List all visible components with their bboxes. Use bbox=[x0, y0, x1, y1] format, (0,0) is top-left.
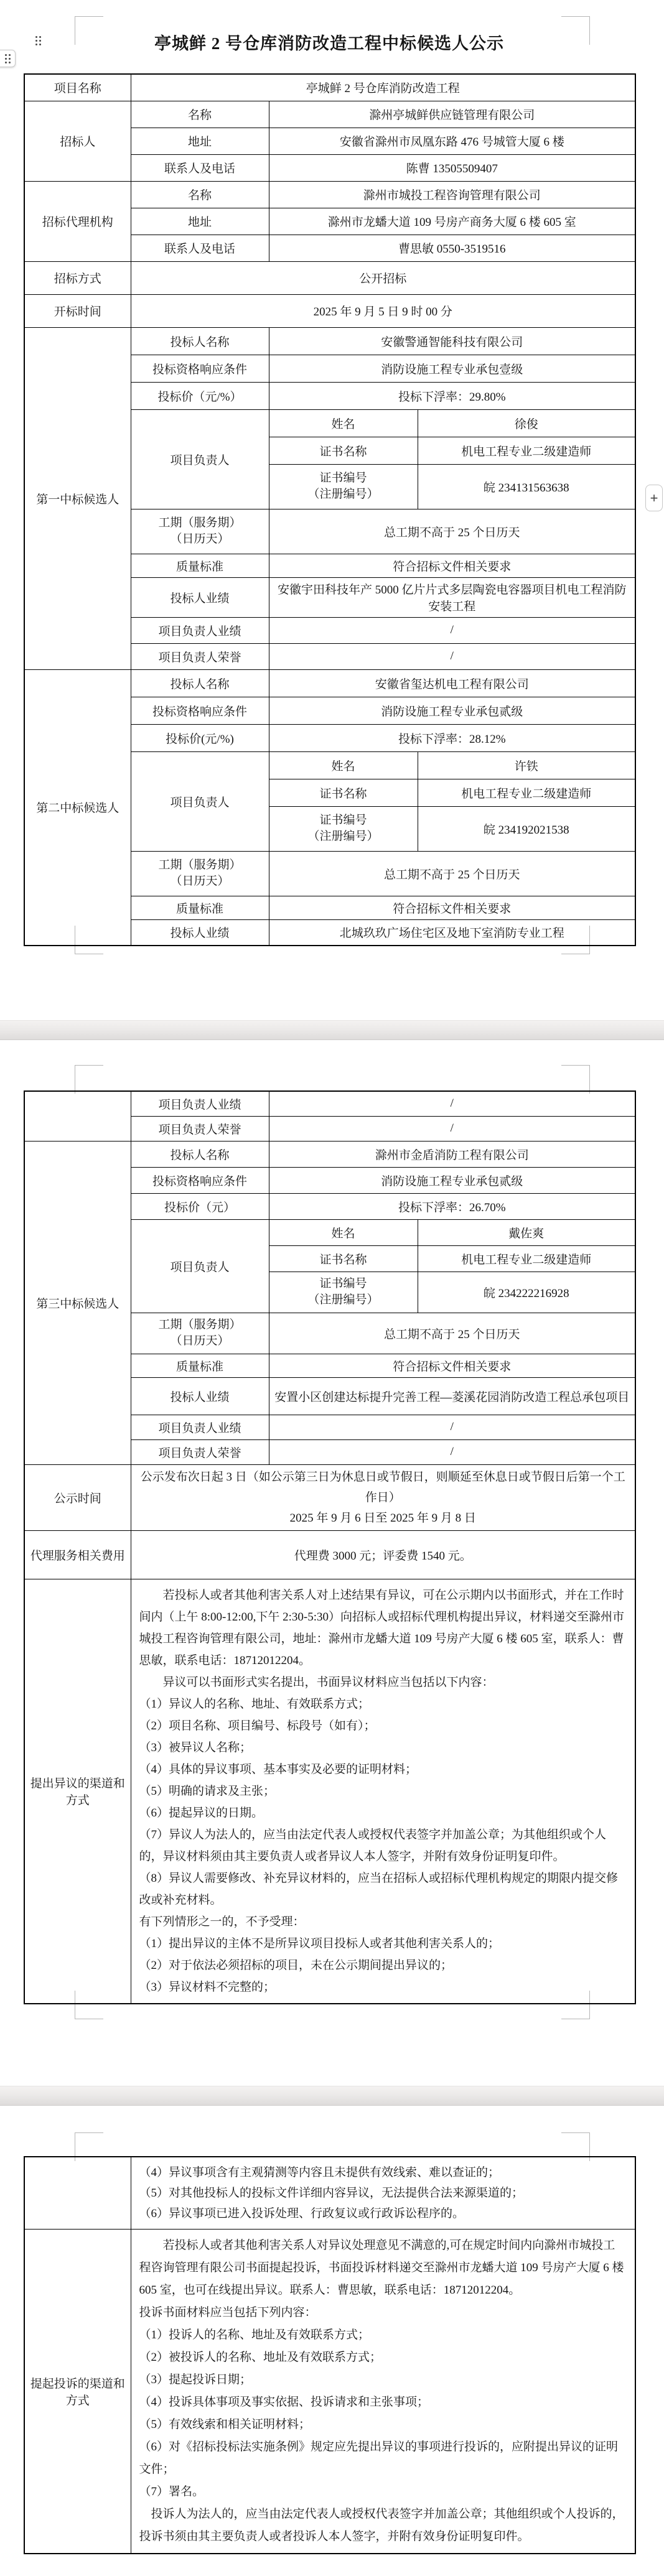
tenderer-label: 招标人 bbox=[24, 101, 131, 181]
c2-quality-label: 质量标准 bbox=[131, 896, 269, 919]
tenderer-contact-label: 联系人及电话 bbox=[131, 154, 269, 181]
complaint-para: （5）有效线索和相关证明材料； bbox=[139, 2414, 627, 2436]
c1-pm-perf-value: / bbox=[269, 617, 635, 643]
publicity-time-line2: 2025 年 9 月 6 日至 2025 年 9 月 8 日 bbox=[135, 1508, 632, 1528]
c2-perf-label: 投标人业绩 bbox=[131, 919, 269, 946]
c3-pm-name-label: 姓名 bbox=[269, 1219, 418, 1245]
c3-cert-value: 机电工程专业二级建造师 bbox=[418, 1245, 635, 1272]
tenderer-contact-value: 陈曹 13505509407 bbox=[269, 154, 635, 181]
complaint-para: 投诉人为法人的，应当由法定代表人或授权代表签字并加盖公章；其他组织或个人投诉的，… bbox=[139, 2503, 627, 2548]
objection-para: （3）被异议人名称； bbox=[139, 1737, 627, 1759]
bid-result-table-page1: 项目名称 亭城鲜 2 号仓库消防改造工程 招标人 名称 滁州亭城鲜供应链管理有限… bbox=[24, 73, 636, 946]
c2-duration-label-line2: （日历天） bbox=[135, 873, 265, 890]
objection-para: （1）提出异议的主体不是所异议项目投标人或者其他利害关系人的； bbox=[139, 1933, 627, 1955]
c2-certno-label-line2: （注册编号） bbox=[273, 829, 414, 845]
c3-certno-label-line2: （注册编号） bbox=[273, 1292, 414, 1308]
agency-addr-value: 滁州市龙蟠大道 109 号房产商务大厦 6 楼 605 室 bbox=[269, 208, 635, 235]
c1-pm-honor-label: 项目负责人荣誉 bbox=[131, 643, 269, 669]
page-separator bbox=[0, 1020, 664, 1040]
c1-price-label: 投标价（元/%） bbox=[131, 382, 269, 409]
complaint-para: （1）投诉人的名称、地址及有效联系方式； bbox=[139, 2324, 627, 2346]
c3-certno-label-line1: 证书编号 bbox=[273, 1276, 414, 1292]
candidate3-label: 第三中标候选人 bbox=[24, 1141, 131, 1464]
add-block-button[interactable]: + bbox=[645, 485, 663, 511]
c2-perf-value: 北城玖玖广场住宅区及地下室消防专业工程 bbox=[269, 919, 635, 946]
c3-qual-label: 投标资格响应条件 bbox=[131, 1167, 269, 1193]
tenderer-addr-label: 地址 bbox=[131, 128, 269, 154]
c1-certno-value: 皖 234131563638 bbox=[418, 464, 635, 509]
objection-para: 有下列情形之一的，不予受理： bbox=[139, 1911, 627, 1933]
c2-pm-perf-label: 项目负责人业绩 bbox=[131, 1091, 269, 1116]
c3-perf-value: 安置小区创建达标提升完善工程—菱溪花园消防改造工程总承包项目 bbox=[269, 1377, 635, 1415]
document-page-3: （4）异议事项含有主观猜测等内容且未提供有效线索、难以查证的； （5）对其他投标… bbox=[0, 2106, 664, 2576]
c2-cert-label: 证书名称 bbox=[269, 779, 418, 806]
objection-para: （3）异议材料不完整的； bbox=[139, 1976, 627, 1998]
c3-pm-honor-label: 项目负责人荣誉 bbox=[131, 1439, 269, 1464]
c3-perf-label: 投标人业绩 bbox=[131, 1377, 269, 1415]
plus-icon: + bbox=[650, 490, 658, 506]
objection-para: （7）异议人为法人的，应当由法定代表人或授权代表签字并加盖公章；为其他组织或个人… bbox=[139, 1824, 627, 1867]
method-value: 公开招标 bbox=[131, 261, 635, 294]
agency-name-label: 名称 bbox=[131, 181, 269, 208]
c1-bidder-label: 投标人名称 bbox=[131, 327, 269, 355]
c2-pm-perf-value: / bbox=[269, 1091, 635, 1116]
c1-cert-value: 机电工程专业二级建造师 bbox=[418, 437, 635, 464]
c3-duration-label-line1: 工期（服务期） bbox=[135, 1317, 265, 1333]
agency-addr-label: 地址 bbox=[131, 208, 269, 235]
c2-certno-label-line1: 证书编号 bbox=[273, 812, 414, 829]
agency-contact-label: 联系人及电话 bbox=[131, 235, 269, 261]
objection-para: 若投标人或者其他利害关系人对上述结果有异议，可在公示期内以书面形式，并在工作时间… bbox=[139, 1584, 627, 1672]
table-move-handle[interactable] bbox=[35, 36, 41, 45]
c1-quality-value: 符合招标文件相关要求 bbox=[269, 554, 635, 577]
complaint-para: 投诉书面材料应当包括下列内容： bbox=[139, 2302, 627, 2324]
c3-pm-honor-value: / bbox=[269, 1439, 635, 1464]
agency-fee-label: 代理服务相关费用 bbox=[24, 1530, 131, 1579]
c2-quality-value: 符合招标文件相关要求 bbox=[269, 896, 635, 919]
c2-cert-value: 机电工程专业二级建造师 bbox=[418, 779, 635, 806]
complaint-para: （3）提起投诉日期； bbox=[139, 2369, 627, 2391]
c1-duration-value: 总工期不高于 25 个日历天 bbox=[269, 509, 635, 554]
candidate2-label: 第二中标候选人 bbox=[24, 669, 131, 946]
project-name-value: 亭城鲜 2 号仓库消防改造工程 bbox=[131, 74, 635, 101]
agency-contact-value: 曹思敏 0550-3519516 bbox=[269, 235, 635, 261]
objection-para: 异议可以书面形式实名提出，书面异议材料应当包括以下内容： bbox=[139, 1672, 627, 1693]
page-separator bbox=[0, 2086, 664, 2106]
c3-bidder-label: 投标人名称 bbox=[131, 1141, 269, 1167]
c2-pm-name-label: 姓名 bbox=[269, 751, 418, 779]
page-title: 亭城鲜 2 号仓库消防改造工程中标候选人公示 bbox=[20, 30, 638, 54]
c2-price-label: 投标价(元/%) bbox=[131, 724, 269, 751]
agency-label: 招标代理机构 bbox=[24, 181, 131, 261]
c3-price-label: 投标价（元） bbox=[131, 1193, 269, 1219]
c1-duration-label-line2: （日历天） bbox=[135, 531, 265, 547]
objection-para: （6）提起异议的日期。 bbox=[139, 1802, 627, 1824]
document-page-1: 亭城鲜 2 号仓库消防改造工程中标候选人公示 项目名称 亭城鲜 2 号仓库消防改… bbox=[0, 0, 664, 1020]
c3-duration-label-line2: （日历天） bbox=[135, 1333, 265, 1349]
empty-cell bbox=[24, 2157, 131, 2230]
objection-para: （4）异议事项含有主观猜测等内容且未提供有效线索、难以查证的； bbox=[139, 2162, 627, 2183]
c2-bidder-value: 安徽省玺达机电工程有限公司 bbox=[269, 669, 635, 697]
complaint-channel-value: 若投标人或者其他利害关系人对异议处理意见不满意的,可在规定时间内向滁州市城投工程… bbox=[131, 2230, 635, 2554]
objection-para: （1）异议人的名称、地址、有效联系方式； bbox=[139, 1693, 627, 1715]
publicity-time-value: 公示发布次日起 3 日（如公示第三日为休息日或节假日，则顺延至休息日或节假日后第… bbox=[131, 1464, 635, 1530]
c1-pm-label: 项目负责人 bbox=[131, 409, 269, 509]
c3-pm-label: 项目负责人 bbox=[131, 1219, 269, 1313]
complaint-para: （4）投诉具体事项及事实依据、投诉请求和主张事项； bbox=[139, 2391, 627, 2414]
tenderer-name-value: 滁州亭城鲜供应链管理有限公司 bbox=[269, 101, 635, 128]
block-drag-handle-button[interactable] bbox=[0, 50, 16, 67]
c1-bidder-value: 安徽警通智能科技有限公司 bbox=[269, 327, 635, 355]
c2-pm-honor-label: 项目负责人荣誉 bbox=[131, 1116, 269, 1141]
c3-certno-value: 皖 234222216928 bbox=[418, 1272, 635, 1313]
bid-result-table-page2: 项目负责人业绩 / 项目负责人荣誉 / 第三中标候选人 投标人名称 滁州市金盾消… bbox=[24, 1090, 636, 2004]
c2-pm-honor-value: / bbox=[269, 1116, 635, 1141]
project-name-label: 项目名称 bbox=[24, 74, 131, 101]
empty-cell bbox=[24, 1091, 131, 1141]
objection-para: （2）对于依法必须招标的项目，未在公示期间提出异议的； bbox=[139, 1955, 627, 1976]
agency-name-value: 滁州市城投工程咨询管理有限公司 bbox=[269, 181, 635, 208]
complaint-para: （6）对《招标投标法实施条例》规定应先提出异议的事项进行投诉的，应附提出异议的证… bbox=[139, 2436, 627, 2481]
complaint-para: 若投标人或者其他利害关系人对异议处理意见不满意的,可在规定时间内向滁州市城投工程… bbox=[139, 2234, 627, 2302]
method-label: 招标方式 bbox=[24, 261, 131, 294]
objection-para: （5）对其他投标人的投标文件详细内容异议，无法提供合法来源渠道的； bbox=[139, 2183, 627, 2203]
objection-channel-value: 若投标人或者其他利害关系人对上述结果有异议，可在公示期内以书面形式，并在工作时间… bbox=[131, 1579, 635, 2004]
c3-bidder-value: 滁州市金盾消防工程有限公司 bbox=[269, 1141, 635, 1167]
c1-pm-name-label: 姓名 bbox=[269, 409, 418, 437]
text-boundary-mark bbox=[75, 1065, 103, 1094]
c3-duration-label: 工期（服务期） （日历天） bbox=[131, 1313, 269, 1354]
c1-qual-value: 消防设施工程专业承包壹级 bbox=[269, 355, 635, 382]
c3-cert-label: 证书名称 bbox=[269, 1245, 418, 1272]
objection-para: （8）异议人需要修改、补充异议材料的，应当在招标人或招标代理机构规定的期限内提交… bbox=[139, 1867, 627, 1911]
c2-duration-label: 工期（服务期） （日历天） bbox=[131, 851, 269, 896]
c2-duration-label-line1: 工期（服务期） bbox=[135, 857, 265, 873]
c1-certno-label: 证书编号 （注册编号） bbox=[269, 464, 418, 509]
open-time-label: 开标时间 bbox=[24, 294, 131, 327]
c1-certno-label-line1: 证书编号 bbox=[273, 470, 414, 486]
c1-duration-label: 工期（服务期） （日历天） bbox=[131, 509, 269, 554]
c3-pm-perf-label: 项目负责人业绩 bbox=[131, 1415, 269, 1439]
c2-pm-name-value: 许铁 bbox=[418, 751, 635, 779]
c1-pm-name-value: 徐俊 bbox=[418, 409, 635, 437]
objection-channel-continued: （4）异议事项含有主观猜测等内容且未提供有效线索、难以查证的； （5）对其他投标… bbox=[131, 2157, 635, 2230]
complaint-para: （7）署名。 bbox=[139, 2481, 627, 2503]
objection-para: （2）项目名称、项目编号、标段号（如有）； bbox=[139, 1715, 627, 1737]
c1-certno-label-line2: （注册编号） bbox=[273, 486, 414, 503]
c2-bidder-label: 投标人名称 bbox=[131, 669, 269, 697]
open-time-value: 2025 年 9 月 5 日 9 时 00 分 bbox=[131, 294, 635, 327]
c1-price-value: 投标下浮率：29.80% bbox=[269, 382, 635, 409]
c2-duration-value: 总工期不高于 25 个日历天 bbox=[269, 851, 635, 896]
c3-pm-name-value: 戴佐爽 bbox=[418, 1219, 635, 1245]
c3-qual-value: 消防设施工程专业承包贰级 bbox=[269, 1167, 635, 1193]
c1-duration-label-line1: 工期（服务期） bbox=[135, 515, 265, 531]
drag-dots-icon bbox=[35, 36, 41, 45]
c1-pm-honor-value: / bbox=[269, 643, 635, 669]
c3-price-value: 投标下浮率：26.70% bbox=[269, 1193, 635, 1219]
document-page-2: 项目负责人业绩 / 项目负责人荣誉 / 第三中标候选人 投标人名称 滁州市金盾消… bbox=[0, 1040, 664, 2086]
publicity-time-label: 公示时间 bbox=[24, 1464, 131, 1530]
c2-qual-value: 消防设施工程专业承包贰级 bbox=[269, 697, 635, 724]
c3-pm-perf-value: / bbox=[269, 1415, 635, 1439]
objection-para: （5）明确的请求及主张； bbox=[139, 1780, 627, 1802]
drag-dots-icon bbox=[5, 54, 11, 63]
c3-quality-label: 质量标准 bbox=[131, 1354, 269, 1377]
c2-certno-value: 皖 234192021538 bbox=[418, 806, 635, 851]
c2-price-value: 投标下浮率：28.12% bbox=[269, 724, 635, 751]
objection-para: （6）异议事项已进入投诉处理、行政复议或行政诉讼程序的。 bbox=[139, 2203, 627, 2224]
c1-pm-perf-label: 项目负责人业绩 bbox=[131, 617, 269, 643]
objection-para: （4）具体的异议事项、基本事实及必要的证明材料； bbox=[139, 1759, 627, 1780]
c3-quality-value: 符合招标文件相关要求 bbox=[269, 1354, 635, 1377]
bid-result-table-page3: （4）异议事项含有主观猜测等内容且未提供有效线索、难以查证的； （5）对其他投标… bbox=[24, 2156, 636, 2554]
complaint-channel-label: 提起投诉的渠道和方式 bbox=[24, 2230, 131, 2554]
c1-cert-label: 证书名称 bbox=[269, 437, 418, 464]
publicity-time-line1: 公示发布次日起 3 日（如公示第三日为休息日或节假日，则顺延至休息日或节假日后第… bbox=[135, 1467, 632, 1508]
c1-perf-label: 投标人业绩 bbox=[131, 577, 269, 617]
c2-certno-label: 证书编号 （注册编号） bbox=[269, 806, 418, 851]
tenderer-name-label: 名称 bbox=[131, 101, 269, 128]
tenderer-addr-value: 安徽省滁州市凤凰东路 476 号城管大厦 6 楼 bbox=[269, 128, 635, 154]
c1-perf-value: 安徽宇田科技年产 5000 亿片片式多层陶瓷电容器项目机电工程消防安装工程 bbox=[269, 577, 635, 617]
c2-pm-label: 项目负责人 bbox=[131, 751, 269, 851]
objection-channel-label: 提出异议的渠道和方式 bbox=[24, 1579, 131, 2004]
complaint-para: （2）被投诉人的名称、地址及有效联系方式； bbox=[139, 2346, 627, 2369]
c3-certno-label: 证书编号 （注册编号） bbox=[269, 1272, 418, 1313]
text-boundary-mark bbox=[561, 1065, 590, 1094]
c1-qual-label: 投标资格响应条件 bbox=[131, 355, 269, 382]
agency-fee-value: 代理费 3000 元；评委费 1540 元。 bbox=[131, 1530, 635, 1579]
c1-quality-label: 质量标准 bbox=[131, 554, 269, 577]
c3-duration-value: 总工期不高于 25 个日历天 bbox=[269, 1313, 635, 1354]
c2-qual-label: 投标资格响应条件 bbox=[131, 697, 269, 724]
candidate1-label: 第一中标候选人 bbox=[24, 327, 131, 669]
